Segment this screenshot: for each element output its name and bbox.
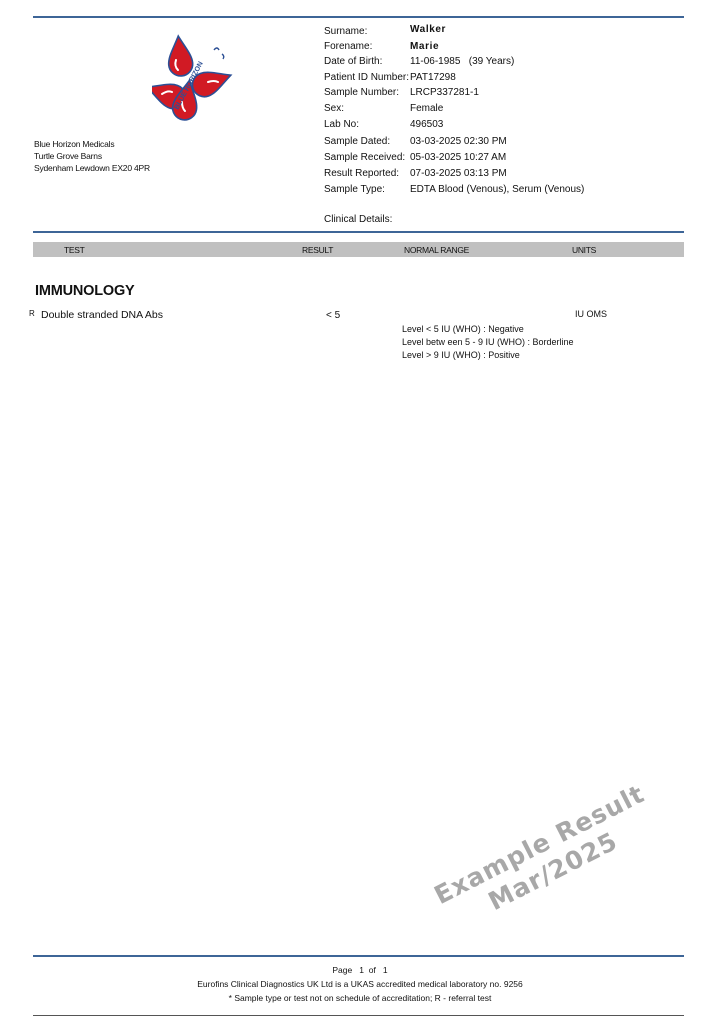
example-watermark: Example Result Mar/2025 — [426, 777, 694, 993]
test-name: Double stranded DNA Abs — [41, 309, 163, 321]
range-positive: Level > 9 IU (WHO) : Positive — [402, 349, 574, 362]
surname-value: Walker — [410, 24, 446, 35]
accreditation-note: * Sample type or test not on schedule of… — [0, 993, 720, 1003]
normal-range-list: Level < 5 IU (WHO) : Negative Level betw… — [402, 323, 574, 362]
bottom-divider — [33, 1015, 684, 1016]
page-number: Page 1 of 1 — [0, 965, 720, 975]
patient-id-value: PAT17298 — [410, 72, 456, 83]
footer-divider — [33, 955, 684, 957]
accreditation-statement: Eurofins Clinical Diagnostics UK Ltd is … — [0, 979, 720, 989]
column-units: UNITS — [572, 245, 596, 255]
forename-value: Marie — [410, 41, 439, 52]
clinic-address-line2: Sydenham Lewdown EX20 4PR — [34, 162, 150, 174]
test-units: IU OMS — [575, 309, 607, 319]
referral-flag: R — [29, 309, 35, 318]
test-result: < 5 — [326, 310, 340, 321]
header-divider — [33, 231, 684, 233]
results-column-header: TEST RESULT NORMAL RANGE UNITS — [33, 242, 684, 257]
sample-type-value: EDTA Blood (Venous), Serum (Venous) — [410, 184, 584, 195]
result-reported-value: 07-03-2025 03:13 PM — [410, 168, 507, 179]
column-result: RESULT — [302, 245, 333, 255]
column-normal-range: NORMAL RANGE — [404, 245, 469, 255]
sample-dated-value: 03-03-2025 02:30 PM — [410, 136, 507, 147]
butterfly-droplet-icon: BLUE HORIZON — [152, 30, 236, 122]
blue-horizon-logo: BLUE HORIZON — [152, 30, 236, 122]
range-borderline: Level betw een 5 - 9 IU (WHO) : Borderli… — [402, 336, 574, 349]
clinic-address-line1: Turtle Grove Barns — [34, 150, 150, 162]
dob-value: 11-06-1985 (39 Years) — [410, 56, 514, 67]
sample-number-value: LRCP337281-1 — [410, 87, 479, 98]
lab-no-value: 496503 — [410, 119, 443, 130]
top-divider — [33, 16, 684, 18]
clinic-name: Blue Horizon Medicals — [34, 138, 150, 150]
clinic-address: Blue Horizon Medicals Turtle Grove Barns… — [34, 138, 150, 174]
sex-value: Female — [410, 103, 443, 114]
sample-received-value: 05-03-2025 10:27 AM — [410, 152, 506, 163]
section-title: IMMUNOLOGY — [35, 283, 135, 299]
range-negative: Level < 5 IU (WHO) : Negative — [402, 323, 574, 336]
column-test: TEST — [64, 245, 85, 255]
